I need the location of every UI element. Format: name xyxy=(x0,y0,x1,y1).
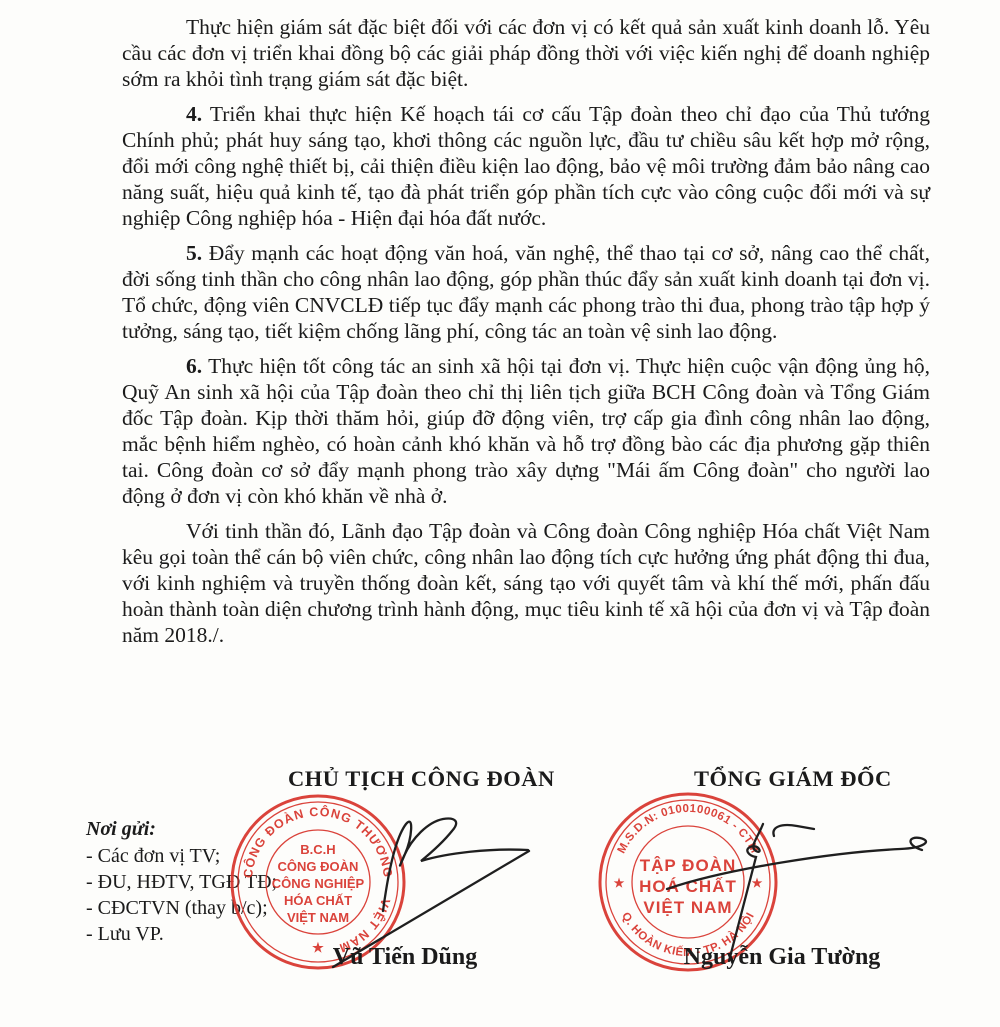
paragraph-text: Thực hiện tốt công tác an sinh xã hội tạ… xyxy=(122,354,930,508)
stamp-center-line: HÓA CHẤT xyxy=(284,893,352,908)
paragraph-text: Đẩy mạnh các hoạt động văn hoá, văn nghệ… xyxy=(122,241,930,343)
paragraph-closing: Với tinh thần đó, Lãnh đạo Tập đoàn và C… xyxy=(122,518,930,648)
stamp-center-line: TẬP ĐOÀN xyxy=(640,856,736,875)
stamp-center-line: VIỆT NAM xyxy=(643,898,732,917)
paragraph-6: 6. Thực hiện tốt công tác an sinh xã hội… xyxy=(122,353,930,509)
paragraph-text: Triển khai thực hiện Kế hoạch tái cơ cấu… xyxy=(122,102,930,230)
paragraph-5: 5. Đẩy mạnh các hoạt động văn hoá, văn n… xyxy=(122,240,930,344)
signer-name-union-president: Vũ Tiến Dũng xyxy=(303,944,507,971)
paragraph-number: 5. xyxy=(186,241,202,265)
signer-title-general-director: TỔNG GIÁM ĐỐC xyxy=(694,766,882,792)
paragraph-number: 6. xyxy=(186,354,202,378)
paragraph-number: 4. xyxy=(186,102,202,126)
paragraph-text: Thực hiện giám sát đặc biệt đối với các … xyxy=(122,15,930,91)
star-icon: ★ xyxy=(614,876,625,890)
stamp-center-line: B.C.H xyxy=(300,842,335,857)
stamp-center-line: CÔNG NGHIỆP xyxy=(272,876,365,891)
paragraph-4: 4. Triển khai thực hiện Kế hoạch tái cơ … xyxy=(122,101,930,231)
paragraph-continuation: Thực hiện giám sát đặc biệt đối với các … xyxy=(122,14,930,92)
scanned-document-page: Thực hiện giám sát đặc biệt đối với các … xyxy=(0,0,1000,1027)
stamp-center-line: HOÁ CHẤT xyxy=(639,877,737,896)
signer-name-general-director: Nguyễn Gia Tường xyxy=(660,944,904,971)
document-body: Thực hiện giám sát đặc biệt đối với các … xyxy=(122,14,930,657)
stamp-center-line: CÔNG ĐOÀN xyxy=(278,859,359,874)
stamp-center-line: VIỆT NAM xyxy=(287,910,349,925)
paragraph-text: Với tinh thần đó, Lãnh đạo Tập đoàn và C… xyxy=(122,519,930,647)
star-icon: ★ xyxy=(752,876,763,890)
signer-title-union-president: CHỦ TỊCH CÔNG ĐOÀN xyxy=(288,766,530,792)
signature-right-hook xyxy=(773,825,814,836)
